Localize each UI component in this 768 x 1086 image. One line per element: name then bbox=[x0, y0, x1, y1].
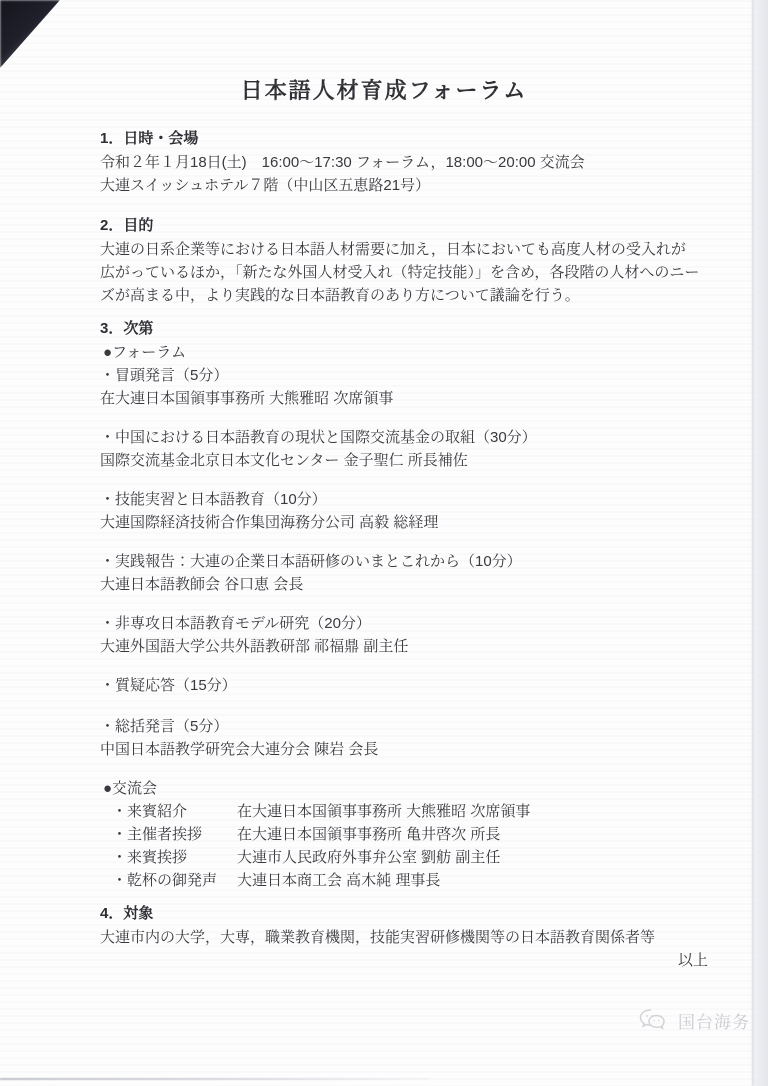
reception-group-label: ●交流会 bbox=[103, 777, 708, 800]
section2-heading: 2．目的 bbox=[100, 214, 708, 238]
agenda-item-title: ・実践報告：大連の企業日本語研修のいまとこれから（10分） bbox=[100, 550, 708, 573]
agenda-item-title: ・技能実習と日本語教育（10分） bbox=[100, 488, 708, 511]
watermark: 国台海务 bbox=[639, 968, 750, 1072]
reception-item-host-greeting: ・主催者挨拶 在大連日本国領事事務所 亀井啓次 所長 bbox=[112, 823, 708, 846]
agenda-item-speaker: 大連外国語大学公共外語教研部 祁福鼎 副主任 bbox=[100, 635, 708, 658]
agenda-item-speaker: 大連日本語教師会 谷口恵 会長 bbox=[100, 573, 708, 596]
document-content: 1．日時・会場 令和２年１月18日(土) 16:00～17:30 フォーラム，1… bbox=[0, 127, 768, 972]
document-title: 日本語人材育成フォーラム bbox=[0, 0, 768, 106]
reception-role: ・来賓挨拶 bbox=[112, 846, 237, 869]
datetime-line: 令和２年１月18日(土) 16:00～17:30 フォーラム，18:00～20:… bbox=[100, 151, 708, 174]
section-datetime-venue: 1．日時・会場 令和２年１月18日(土) 16:00～17:30 フォーラム，1… bbox=[100, 127, 708, 197]
agenda-item-closing-remarks: ・総括発言（5分） 中国日本語教学研究会大連分会 陳岩 会長 bbox=[100, 715, 708, 761]
scan-artifact-line bbox=[0, 1078, 430, 1080]
reception-role: ・来賓紹介 bbox=[112, 800, 237, 823]
reception-item-guest-introduction: ・来賓紹介 在大連日本国領事事務所 大熊雅昭 次席領事 bbox=[112, 800, 708, 823]
watermark-text: 国台海务 bbox=[678, 1008, 750, 1033]
agenda-item-title: ・非専攻日本語教育モデル研究（20分） bbox=[100, 612, 708, 635]
agenda-item-title: ・総括発言（5分） bbox=[100, 715, 708, 738]
purpose-line-2: 広がっているほか，「新たな外国人材受入れ（特定技能）」を含め，各段階の人材へのニ… bbox=[100, 261, 708, 284]
agenda-item-speaker: 国際交流基金北京日本文化センター 金子聖仁 所長補佐 bbox=[100, 449, 708, 472]
agenda-item-title: ・質疑応答（15分） bbox=[100, 674, 708, 697]
reception-person: 在大連日本国領事事務所 亀井啓次 所長 bbox=[237, 823, 708, 846]
section-purpose: 2．目的 大連の日系企業等における日本語人材需要に加え，日本においても高度人材の… bbox=[100, 214, 708, 307]
venue-line: 大連スイッシュホテル７階（中山区五恵路21号） bbox=[100, 174, 708, 197]
purpose-line-3: ズが高まる中，より実践的な日本語教育のあり方について議論を行う。 bbox=[100, 284, 708, 307]
agenda-item-speaker: 中国日本語教学研究会大連分会 陳岩 会長 bbox=[100, 738, 708, 761]
agenda-item-title: ・中国における日本語教育の現状と国際交流基金の取組（30分） bbox=[100, 426, 708, 449]
closing-ijou: 以上 bbox=[100, 949, 708, 972]
reception-item-guest-greeting: ・来賓挨拶 大連市人民政府外事弁公室 劉舫 副主任 bbox=[112, 846, 708, 869]
section1-heading: 1．日時・会場 bbox=[100, 127, 708, 151]
agenda-item-title: ・冒頭発言（5分） bbox=[100, 364, 708, 387]
reception-item-toast: ・乾杯の御発声 大連日本商工会 高木純 理事長 bbox=[112, 869, 708, 892]
reception-person: 大連日本商工会 高木純 理事長 bbox=[237, 869, 708, 892]
agenda-item-speaker: 大連国際経済技術合作集団海務分公司 高毅 総経理 bbox=[100, 511, 708, 534]
agenda-item-technical-training: ・技能実習と日本語教育（10分） 大連国際経済技術合作集団海務分公司 高毅 総経… bbox=[100, 488, 708, 534]
agenda-item-model-research: ・非専攻日本語教育モデル研究（20分） 大連外国語大学公共外語教研部 祁福鼎 副… bbox=[100, 612, 708, 658]
section3-heading: 3．次第 bbox=[100, 317, 708, 341]
target-audience-line: 大連市内の大学，大専，職業教育機関，技能実習研修機関等の日本語教育関係者等 bbox=[100, 926, 708, 949]
reception-role: ・乾杯の御発声 bbox=[112, 869, 237, 892]
agenda-item-qa: ・質疑応答（15分） bbox=[100, 674, 708, 697]
agenda-item-practice-report: ・実践報告：大連の企業日本語研修のいまとこれから（10分） 大連日本語教師会 谷… bbox=[100, 550, 708, 596]
wechat-icon bbox=[639, 968, 673, 1072]
agenda-item-opening-remarks: ・冒頭発言（5分） 在大連日本国領事事務所 大熊雅昭 次席領事 bbox=[100, 364, 708, 410]
purpose-line-1: 大連の日系企業等における日本語人材需要に加え，日本においても高度人材の受入れが bbox=[100, 238, 708, 261]
section4-heading: 4．対象 bbox=[100, 902, 708, 926]
scanned-document-page: 日本語人材育成フォーラム 1．日時・会場 令和２年１月18日(土) 16:00～… bbox=[0, 0, 768, 1086]
section-target-audience: 4．対象 大連市内の大学，大専，職業教育機関，技能実習研修機関等の日本語教育関係… bbox=[100, 902, 708, 949]
forum-group-label: ●フォーラム bbox=[103, 341, 708, 364]
reception-person: 大連市人民政府外事弁公室 劉舫 副主任 bbox=[237, 846, 708, 869]
agenda-item-speaker: 在大連日本国領事事務所 大熊雅昭 次席領事 bbox=[100, 387, 708, 410]
reception-role: ・主催者挨拶 bbox=[112, 823, 237, 846]
section-program: 3．次第 ●フォーラム ・冒頭発言（5分） 在大連日本国領事事務所 大熊雅昭 次… bbox=[100, 317, 708, 892]
reception-person: 在大連日本国領事事務所 大熊雅昭 次席領事 bbox=[237, 800, 708, 823]
agenda-item-japan-foundation: ・中国における日本語教育の現状と国際交流基金の取組（30分） 国際交流基金北京日… bbox=[100, 426, 708, 472]
